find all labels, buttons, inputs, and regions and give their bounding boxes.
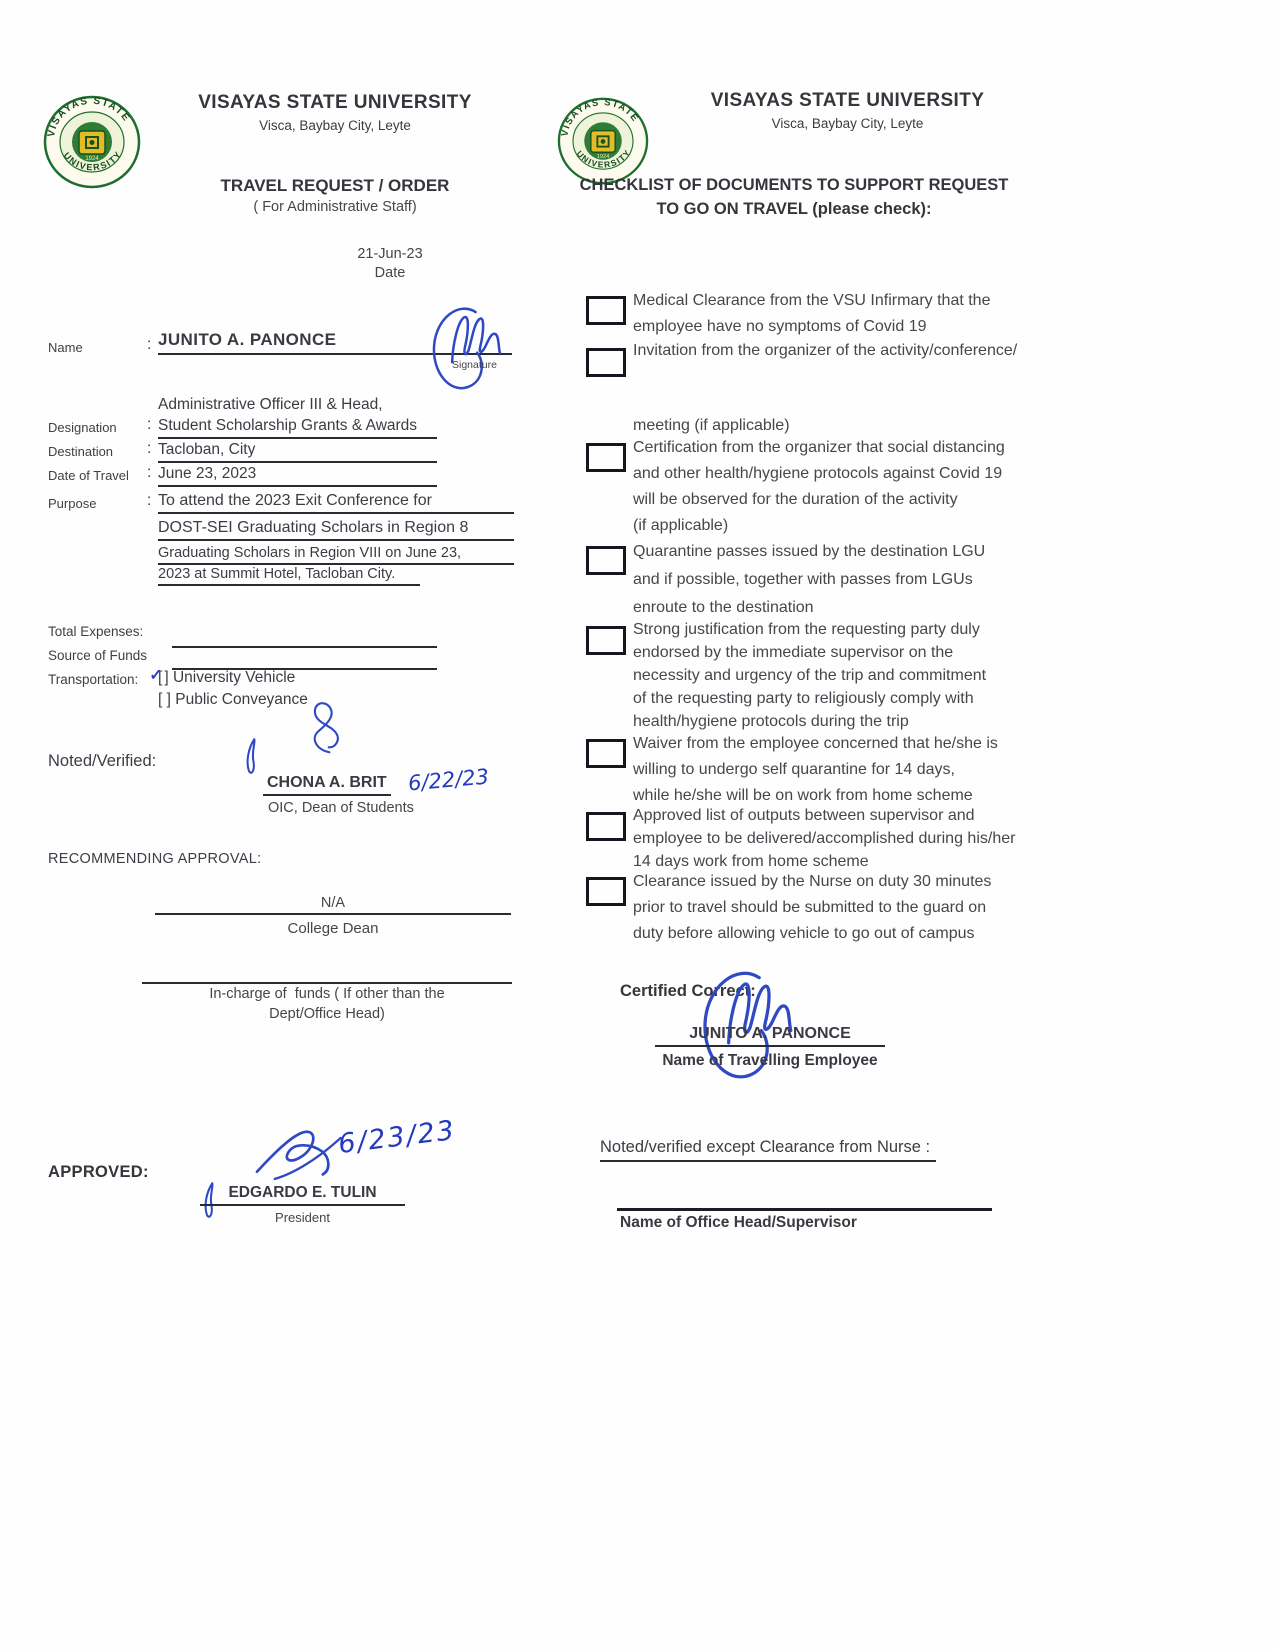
noted-verified-name: CHONA A. BRIT	[263, 774, 391, 796]
transport-option-label: Public Conveyance	[175, 691, 308, 708]
purpose-colon: :	[147, 492, 151, 510]
checklist-item-text: Certification from the organizer that so…	[633, 435, 1039, 539]
designation-line1: Administrative Officer III & Head,	[158, 396, 383, 414]
travel-date-value: June 23, 2023	[158, 465, 437, 487]
checkbox-bracket[interactable]: ]	[164, 669, 168, 686]
vsu-seal-icon: VISAYAS STATE UNIVERSITY 1924	[556, 96, 650, 186]
checklist-item: Quarantine passes issued by the destinat…	[586, 540, 1039, 624]
left-university-address: Visca, Baybay City, Leyte	[150, 118, 520, 133]
noted-verified-date-handwritten: 6/22/23	[407, 765, 490, 796]
right-university-address: Visca, Baybay City, Leyte	[655, 116, 1040, 131]
incharge-funds-label-2: Dept/Office Head)	[142, 1006, 512, 1022]
approved-name: EDGARDO E. TULIN	[200, 1184, 405, 1206]
checklist-item: Medical Clearance from the VSU Infirmary…	[586, 290, 1039, 342]
source-of-funds-label: Source of Funds	[48, 648, 147, 663]
date-block: 21-Jun-23 Date	[300, 246, 480, 281]
college-dean-label: College Dean	[155, 920, 511, 937]
checklist-item: Clearance issued by the Nurse on duty 30…	[586, 871, 1039, 949]
approved-label: APPROVED:	[48, 1163, 149, 1182]
seal-year: 1924	[85, 156, 99, 162]
name-label: Name	[48, 340, 83, 355]
name-colon: :	[147, 336, 151, 354]
scanned-travel-request-form: VISAYAS STATE UNIVERSITY 1924 VISAYAS ST…	[0, 0, 1275, 1650]
date-label: Date	[300, 265, 480, 281]
checkbox[interactable]	[586, 546, 626, 575]
office-head-label: Name of Office Head/Supervisor	[620, 1214, 857, 1232]
transportation-label: Transportation:	[48, 672, 138, 687]
date-value: 21-Jun-23	[300, 246, 480, 262]
seal-year: 1924	[597, 154, 609, 160]
checkbox[interactable]	[586, 626, 626, 655]
checklist-title-block: CHECKLIST OF DOCUMENTS TO SUPPORT REQUES…	[558, 176, 1030, 219]
incharge-funds-line	[142, 960, 512, 984]
checklist-title-line2: TO GO ON TRAVEL (please check):	[558, 200, 1030, 219]
left-university-name: VISAYAS STATE UNIVERSITY	[150, 92, 520, 114]
checklist-item: Certification from the organizer that so…	[586, 437, 1039, 541]
checkbox[interactable]	[586, 296, 626, 325]
purpose-line-1: To attend the 2023 Exit Conference for	[158, 492, 514, 514]
approved-title: President	[200, 1210, 405, 1225]
noted-verified-label: Noted/Verified:	[48, 752, 156, 771]
travel-date-colon: :	[147, 464, 151, 482]
checklist-item: Approved list of outputs between supervi…	[586, 806, 1039, 875]
travel-date-label: Date of Travel	[48, 468, 129, 483]
total-expenses-label: Total Expenses:	[48, 624, 143, 639]
form-title: TRAVEL REQUEST / ORDER	[150, 176, 520, 196]
total-expenses-line	[172, 628, 437, 648]
form-subtitle: ( For Administrative Staff)	[150, 199, 520, 215]
name-value: JUNITO A. PANONCE	[158, 330, 512, 355]
certified-title: Name of Travelling Employee	[630, 1052, 910, 1070]
checklist-item: Strong justification from the requesting…	[586, 620, 1039, 735]
noted-except-nurse-label: Noted/verified except Clearance from Nur…	[600, 1138, 936, 1162]
checkbox[interactable]	[586, 443, 626, 472]
checklist-item: Invitation from the organizer of the act…	[586, 342, 1039, 443]
recommending-approval-label: RECOMMENDING APPROVAL:	[48, 851, 261, 867]
checkbox-empty[interactable]: [ ]	[158, 691, 171, 708]
designation-label: Designation	[48, 420, 117, 435]
left-form-title-block: TRAVEL REQUEST / ORDER ( For Administrat…	[150, 176, 520, 215]
checkbox[interactable]	[586, 348, 626, 377]
checkbox[interactable]	[586, 812, 626, 841]
checklist-item-text: Invitation from the organizer of the act…	[633, 338, 1039, 364]
left-header: VISAYAS STATE UNIVERSITY Visca, Baybay C…	[150, 92, 520, 133]
office-head-signature-line	[617, 1180, 992, 1211]
designation-line2: Student Scholarship Grants & Awards	[158, 417, 437, 439]
transport-option-public-conveyance: [ ] Public Conveyance	[158, 691, 308, 709]
purpose-line-2: DOST-SEI Graduating Scholars in Region 8	[158, 519, 514, 541]
purpose-line-4: 2023 at Summit Hotel, Tacloban City.	[158, 566, 420, 586]
pen-stroke-icon	[244, 736, 259, 780]
noted-verified-title: OIC, Dean of Students	[268, 800, 414, 816]
checklist-item-text: Approved list of outputs between supervi…	[633, 804, 1039, 873]
approved-date-handwritten: 6/23/23	[337, 1115, 458, 1160]
certified-correct-label: Certified Correct:	[620, 982, 756, 1001]
signature-caption: Signature	[452, 359, 497, 371]
right-header: VISAYAS STATE UNIVERSITY Visca, Baybay C…	[655, 90, 1040, 131]
checklist-title-line1: CHECKLIST OF DOCUMENTS TO SUPPORT REQUES…	[558, 176, 1030, 195]
checklist-item-text: Medical Clearance from the VSU Infirmary…	[633, 288, 1039, 340]
purpose-label: Purpose	[48, 496, 96, 511]
incharge-funds-label-1: In-charge of funds ( If other than the	[142, 986, 512, 1002]
checkbox[interactable]	[586, 877, 626, 906]
check-icon: ✓	[149, 667, 162, 684]
right-university-name: VISAYAS STATE UNIVERSITY	[655, 90, 1040, 112]
checklist-item-text: Quarantine passes issued by the destinat…	[633, 538, 1039, 622]
transport-option-university-vehicle: [✓] University Vehicle	[158, 668, 295, 687]
checklist-item-text: Waiver from the employee concerned that …	[633, 731, 1039, 809]
checklist-item: Waiver from the employee concerned that …	[586, 733, 1039, 811]
checklist-item-text: Clearance issued by the Nurse on duty 30…	[633, 869, 1039, 947]
college-dean-value: N/A	[155, 895, 511, 915]
designation-colon: :	[147, 416, 151, 434]
vsu-seal-icon: VISAYAS STATE UNIVERSITY 1924	[42, 94, 142, 190]
source-of-funds-line	[172, 650, 437, 670]
transport-option-label: University Vehicle	[173, 669, 295, 686]
checklist-item-text: Strong justification from the requesting…	[633, 618, 1039, 733]
destination-value: Tacloban, City	[158, 441, 437, 463]
purpose-line-3: Graduating Scholars in Region VIII on Ju…	[158, 545, 514, 565]
checkbox[interactable]	[586, 739, 626, 768]
destination-label: Destination	[48, 444, 113, 459]
certified-name: JUNITO A. PANONCE	[655, 1025, 885, 1047]
destination-colon: :	[147, 440, 151, 458]
